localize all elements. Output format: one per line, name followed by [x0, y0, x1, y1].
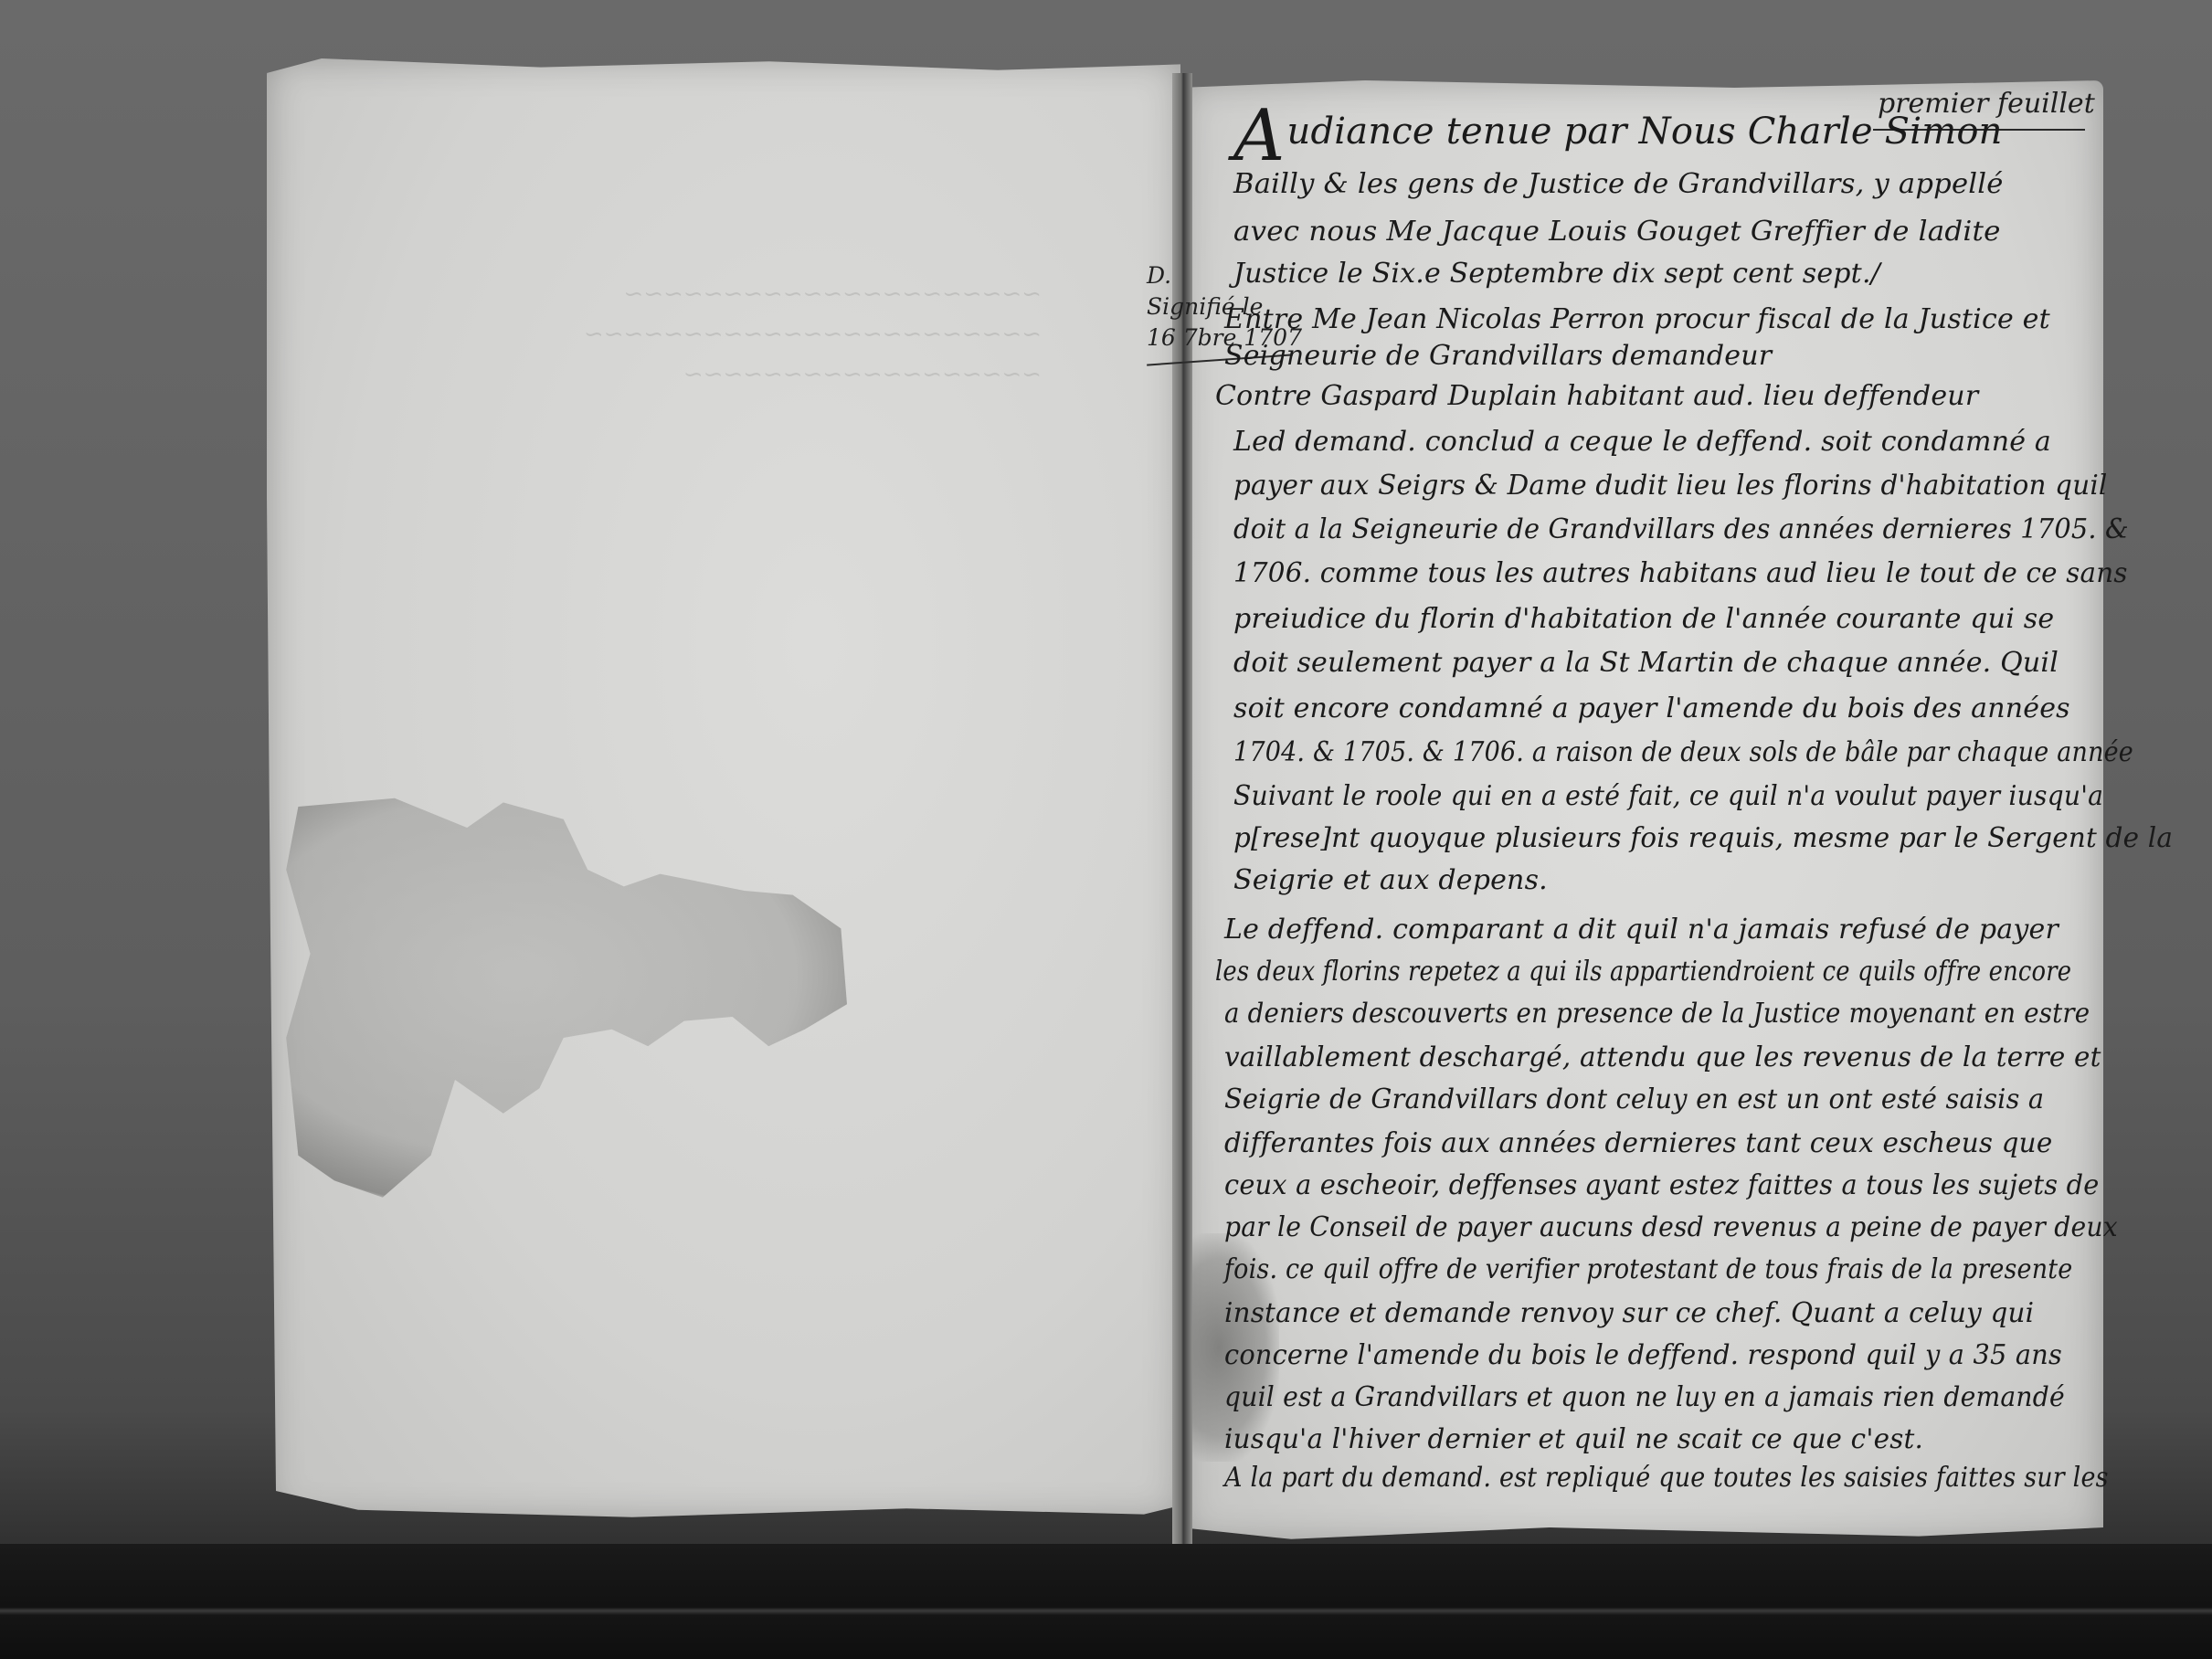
text-line: a deniers descouverts en presence de la … [1224, 998, 2090, 1030]
text-line: Seigrie et aux depens. [1233, 864, 1548, 896]
text-line: doit a la Seigneurie de Grandvillars des… [1233, 513, 2129, 545]
text-line: Seigneurie de Grandvillars demandeur [1224, 340, 1772, 372]
text-line: vaillablement deschargé, attendu que les… [1224, 1041, 2101, 1073]
title-line: Audiance tenue par Nous Charle Simon [1233, 100, 2003, 172]
text-line: Justice le Six.e Septembre dix sept cent… [1233, 258, 1880, 290]
text-line: Bailly & les gens de Justice de Grandvil… [1233, 168, 2004, 200]
text-line: quil est a Grandvillars et quon ne luy e… [1224, 1381, 2065, 1413]
text-line: Entre Me Jean Nicolas Perron procur fisc… [1224, 303, 2050, 335]
text-line: p[rese]nt quoyque plusieurs fois requis,… [1233, 822, 2173, 854]
text-line: 1706. comme tous les autres habitans aud… [1233, 557, 2128, 589]
text-line: ceux a escheoir, deffenses ayant estez f… [1224, 1169, 2099, 1201]
table-surface [0, 1544, 2212, 1659]
text-line: Suivant le roole qui en a esté fait, ce … [1233, 780, 2103, 812]
text-line: instance et demande renvoy sur ce chef. … [1224, 1297, 2034, 1329]
text-line: les deux florins repetez a qui ils appar… [1215, 956, 2071, 988]
text-line: par le Conseil de payer aucuns desd reve… [1224, 1211, 2118, 1243]
text-line: preiudice du florin d'habitation de l'an… [1233, 603, 2054, 635]
text-line: avec nous Me Jacque Louis Gouget Greffie… [1233, 216, 2001, 248]
text-line: A la part du demand. est repliqué que to… [1224, 1462, 2109, 1494]
text-line: Seigrie de Grandvillars dont celuy en es… [1224, 1083, 2044, 1115]
manuscript-photograph: ~~~~~~~~~~~~~~~~~~~~~ ~~~~~~~~~~~~~~~~~~… [0, 0, 2212, 1659]
text-line: differantes fois aux années dernieres ta… [1224, 1127, 2052, 1159]
text-line: concerne l'amende du bois le deffend. re… [1224, 1339, 2062, 1371]
left-page-bleed-through: ~~~~~~~~~~~~~~~~~~~~~ ~~~~~~~~~~~~~~~~~~… [347, 274, 1042, 439]
text-line: doit seulement payer a la St Martin de c… [1233, 647, 2059, 679]
text-line: Led demand. conclud a ceque le deffend. … [1233, 426, 2051, 458]
text-line: payer aux Seigrs & Dame dudit lieu les f… [1233, 470, 2108, 502]
text-line: 1704. & 1705. & 1706. a raison de deux s… [1233, 736, 2133, 768]
decorative-initial: A [1233, 95, 1286, 177]
text-line: Contre Gaspard Duplain habitant aud. lie… [1215, 380, 1978, 412]
text-line: Le deffend. comparant a dit quil n'a jam… [1224, 914, 2059, 946]
text-line: iusqu'a l'hiver dernier et quil ne scait… [1224, 1423, 1923, 1455]
text-line: soit encore condamné a payer l'amende du… [1233, 692, 2070, 724]
text-line: fois. ce quil offre de verifier protesta… [1224, 1253, 2072, 1285]
